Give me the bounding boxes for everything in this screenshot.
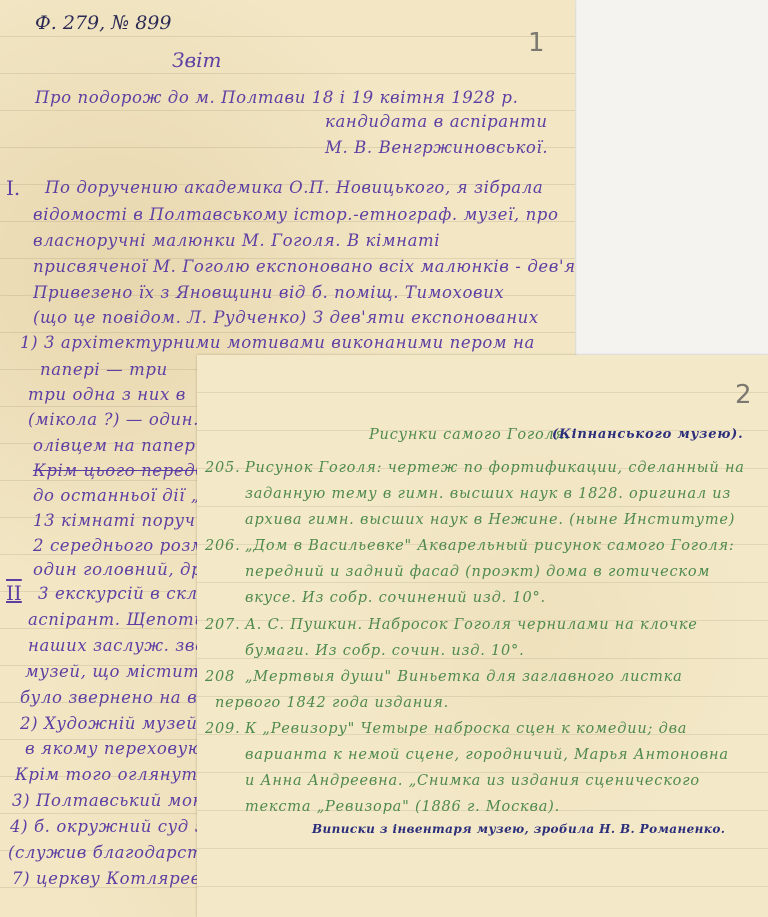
- entry-line: бумаги. Из собр. сочин. изд. 10°.: [245, 643, 525, 659]
- entry-line: „Дом в Васильевке" Акварельный рисунок с…: [245, 538, 735, 554]
- text-line: Крім того оглянуто було: [15, 765, 197, 784]
- text-line: власноручні малюнки М. Гоголя. В кімнаті: [33, 231, 440, 250]
- entry-number: 206.: [205, 538, 241, 554]
- text-line: один головний, друг: [33, 560, 197, 579]
- entry-line: текста „Ревизора" (1886 г. Москва).: [245, 799, 560, 815]
- text-line: 2) Художній музей що с: [20, 714, 197, 733]
- entry-line: К „Ревизору" Четыре наброска сцен к коме…: [245, 721, 687, 737]
- text-line: три одна з них в: [28, 385, 186, 404]
- text-line: (мікола ?) — один. 4): [28, 410, 197, 429]
- text-line: було звернено на виставл: [20, 688, 197, 707]
- text-line: 4) б. окружний суд 5) Ко: [10, 817, 197, 836]
- entry-number: 209.: [205, 721, 241, 737]
- section-marker-II: II: [6, 581, 22, 605]
- text-line: (служив благодарствен с: [8, 843, 197, 862]
- list-heading: Рисунки самого Гоголя.: [369, 427, 570, 443]
- text-line: присвяченої М. Гоголю експоновано всіх м…: [33, 257, 575, 276]
- text-line: 1) 3 архітектурними мотивами виконаними …: [20, 333, 535, 352]
- text-line: 13 кімнаті поруч: [33, 511, 195, 530]
- text-line: папері — три: [40, 360, 168, 379]
- entry-line: передний и задний фасад (проэкт) дома в …: [245, 564, 710, 580]
- text-line: відомості в Полтавському істор.-етнограф…: [33, 205, 559, 224]
- entry-line: варианта к немой сцене, городничий, Марь…: [245, 747, 729, 763]
- text-line: По доручению академика О.П. Новицького, …: [45, 178, 543, 197]
- text-line: 2 середнього розміру,: [33, 536, 197, 555]
- text-line-struck: Крім цього передб: [33, 461, 197, 480]
- text-line: (що це повідом. Л. Рудченко) З дев'яти е…: [33, 308, 539, 327]
- page1-upper-text: По доручению академика О.П. Новицького, …: [0, 0, 575, 355]
- text-line: 7) церкву Котляревськ: [12, 869, 197, 888]
- document-page-2: 2 Рисунки самого Гоголя. (Кіпнанського м…: [197, 355, 768, 917]
- text-line: наших заслуж. звертали: [28, 636, 197, 655]
- footer-note: Виписки з інвентаря музею, зробила Н. В.…: [312, 822, 725, 836]
- entry-number: 205.: [205, 460, 241, 476]
- entry-line: вкусе. Из собр. сочинений изд. 10°.: [245, 590, 546, 606]
- entry-line: архива гимн. высших наук в Нежине. (ныне…: [245, 512, 735, 528]
- text-line: 3 екскурсій в складі: [38, 584, 197, 603]
- text-line: музей, що міститься в: [25, 662, 197, 681]
- entry-line: Рисунок Гоголя: чертеж по фортификации, …: [245, 460, 745, 476]
- text-line: Привезено їх з Яновщини від б. поміщ. Ти…: [33, 283, 504, 302]
- text-line: до останньої дії „Р: [33, 486, 197, 505]
- entry-line: первого 1842 года издания.: [215, 695, 449, 711]
- entry-number: 208: [205, 669, 235, 685]
- entry-line: А. С. Пушкин. Набросок Гоголя чернилами …: [245, 617, 698, 633]
- text-line: олівцем на папер: [33, 436, 196, 455]
- entry-line: и Анна Андреевна. „Снимка из издания сце…: [245, 773, 700, 789]
- page-number-2: 2: [735, 380, 752, 410]
- entry-number: 207.: [205, 617, 241, 633]
- entry-line: „Мертвыя души" Виньетка для заглавного л…: [245, 669, 683, 685]
- entry-line: заданную тему в гимн. высших наук в 1828…: [245, 486, 731, 502]
- text-line: аспірант. Щепотьєвої, ст: [28, 610, 197, 629]
- page1-lower-left-text: папері — три три одна з них в (мікола ?)…: [0, 355, 197, 917]
- list-heading-note: (Кіпнанського музею).: [552, 427, 743, 442]
- text-line: в якому переховують: [25, 739, 197, 758]
- text-line: 3) Полтавський монастир: [12, 791, 197, 810]
